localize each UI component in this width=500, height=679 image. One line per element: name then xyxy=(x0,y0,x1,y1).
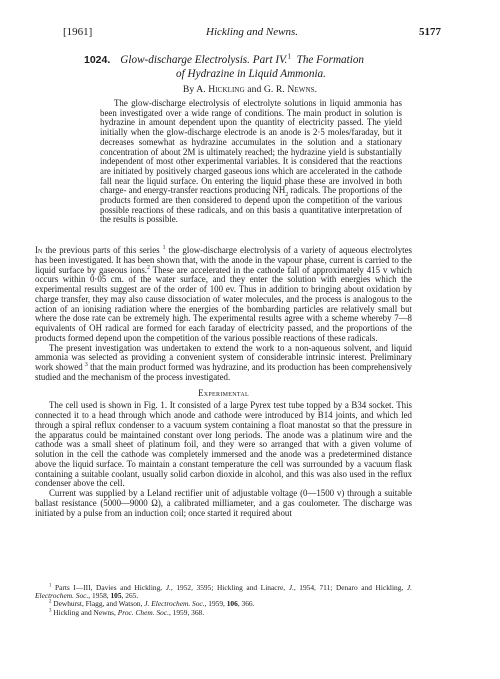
title-line-2: of Hydrazine in Liquid Ammonia. xyxy=(84,68,418,82)
running-head: [1961] Hickling and Newns. 5177 xyxy=(63,26,441,40)
footnote-text: , 1952, 3595; Hickling and Linacre, xyxy=(171,583,289,592)
journal-page: [1961] Hickling and Newns. 5177 1024.Glo… xyxy=(0,0,500,679)
footnote-text: , 1959, xyxy=(205,599,227,608)
paper-title-block: 1024.Glow-discharge Electrolysis. Part I… xyxy=(84,54,418,81)
paragraph-intro: In the previous parts of this series 1 t… xyxy=(35,246,412,344)
paragraph-current: Current was supplied by a Leland rectifi… xyxy=(35,489,412,518)
byline: By A. Hickling and G. R. Newns. xyxy=(0,84,500,95)
byline-middle: and G. R. xyxy=(245,84,288,95)
paragraph-present-investigation: The present investigation was undertaken… xyxy=(35,344,412,383)
page-number: 5177 xyxy=(419,26,441,38)
paper-title-part2: The Formation xyxy=(291,54,364,66)
paragraph-cell: The cell used is shown in Fig. 1. It con… xyxy=(35,401,412,489)
paragraph-text: that the main product formed was hydrazi… xyxy=(35,362,412,382)
author-1: Hickling xyxy=(208,84,245,95)
footnote-text: , 366. xyxy=(238,599,255,608)
paper-number: 1024. xyxy=(84,54,110,66)
journal-name: Proc. Chem. Soc. xyxy=(118,608,169,617)
footnote-text: Hickling and Newns, xyxy=(51,608,117,617)
author-2: Newns xyxy=(287,84,314,95)
abstract: The glow-discharge electrolysis of elect… xyxy=(100,99,402,225)
running-head-authors: Hickling and Newns. xyxy=(63,26,441,38)
section-heading-experimental: Experimental xyxy=(35,389,412,399)
paper-title-part1: Glow-discharge Electrolysis. Part IV. xyxy=(120,54,287,66)
footnote-3: 3 Hickling and Newns, Proc. Chem. Soc., … xyxy=(35,609,412,617)
footnotes: 1 Parts I—III, Davies and Hickling, J., … xyxy=(35,584,412,617)
footnote-1: 1 Parts I—III, Davies and Hickling, J., … xyxy=(35,584,412,600)
title-line-1: 1024.Glow-discharge Electrolysis. Part I… xyxy=(84,54,418,68)
byline-suffix: . xyxy=(315,84,318,95)
volume-number: 106 xyxy=(227,599,238,608)
footnote-text: , 1959, 368. xyxy=(169,608,204,617)
footnote-text: , 1954, 711; Denaro and Hickling, xyxy=(294,583,407,592)
paragraph-text: These are accelerated in the cathode fal… xyxy=(35,265,412,343)
byline-prefix: By A. xyxy=(183,84,208,95)
paragraph-text: the previous parts of this series xyxy=(42,245,162,255)
article-body: In the previous parts of this series 1 t… xyxy=(35,246,412,518)
